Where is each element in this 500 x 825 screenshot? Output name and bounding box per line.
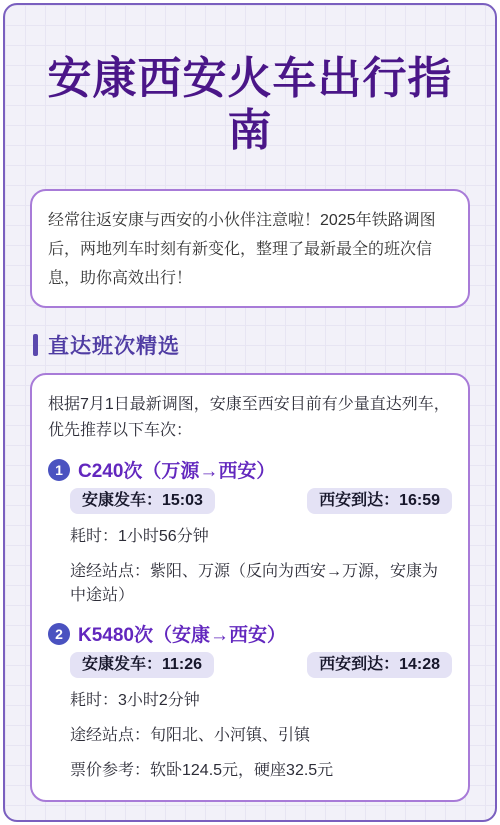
section-heading: 直达班次精选 (33, 330, 495, 360)
train-heading: 2 K5480次（安康→西安） (48, 620, 452, 647)
fare-line: 票价参考：软卧124.5元，硬座32.5元 (70, 759, 452, 783)
train-name: K5480次（安康→西安） (78, 620, 286, 647)
train-name: C240次（万源→西安） (78, 456, 275, 483)
duration-line: 耗时：1小时56分钟 (70, 525, 452, 549)
train-list-card: 根据7月1日最新调图，安康至西安目前有少量直达列车，优先推荐以下车次： 1 C2… (30, 373, 470, 802)
arrive-time-pill: 西安到达：14:28 (307, 652, 452, 678)
times-row: 安康发车：15:03 西安到达：16:59 (70, 488, 452, 514)
times-row: 安康发车：11:26 西安到达：14:28 (70, 652, 452, 678)
section-heading-text: 直达班次精选 (48, 330, 180, 360)
stops-line: 途经站点：旬阳北、小河镇、引镇 (70, 724, 452, 748)
intro-card: 经常往返安康与西安的小伙伴注意啦！2025年铁路调图后，两地列车时刻有新变化，整… (30, 189, 470, 308)
stops-line: 途经站点：紫阳、万源（反向为西安→万源，安康为中途站） (70, 560, 452, 608)
arrive-time-pill: 西安到达：16:59 (307, 488, 452, 514)
number-badge: 2 (48, 623, 70, 645)
duration-line: 耗时：3小时2分钟 (70, 689, 452, 713)
train-item-2: 2 K5480次（安康→西安） 安康发车：11:26 西安到达：14:28 耗时… (48, 620, 452, 783)
depart-time-pill: 安康发车：15:03 (70, 488, 215, 514)
train-heading: 1 C240次（万源→西安） (48, 456, 452, 483)
depart-time-pill: 安康发车：11:26 (70, 652, 214, 678)
train-item-1: 1 C240次（万源→西安） 安康发车：15:03 西安到达：16:59 耗时：… (48, 456, 452, 608)
heading-accent-bar (33, 334, 38, 356)
intro-text: 经常往返安康与西安的小伙伴注意啦！2025年铁路调图后，两地列车时刻有新变化，整… (48, 206, 452, 293)
poster-page: 安康西安火车出行指南 经常往返安康与西安的小伙伴注意啦！2025年铁路调图后，两… (3, 3, 497, 822)
page-title: 安康西安火车出行指南 (37, 53, 463, 157)
number-badge: 1 (48, 459, 70, 481)
lead-text: 根据7月1日最新调图，安康至西安目前有少量直达列车，优先推荐以下车次： (48, 392, 452, 444)
